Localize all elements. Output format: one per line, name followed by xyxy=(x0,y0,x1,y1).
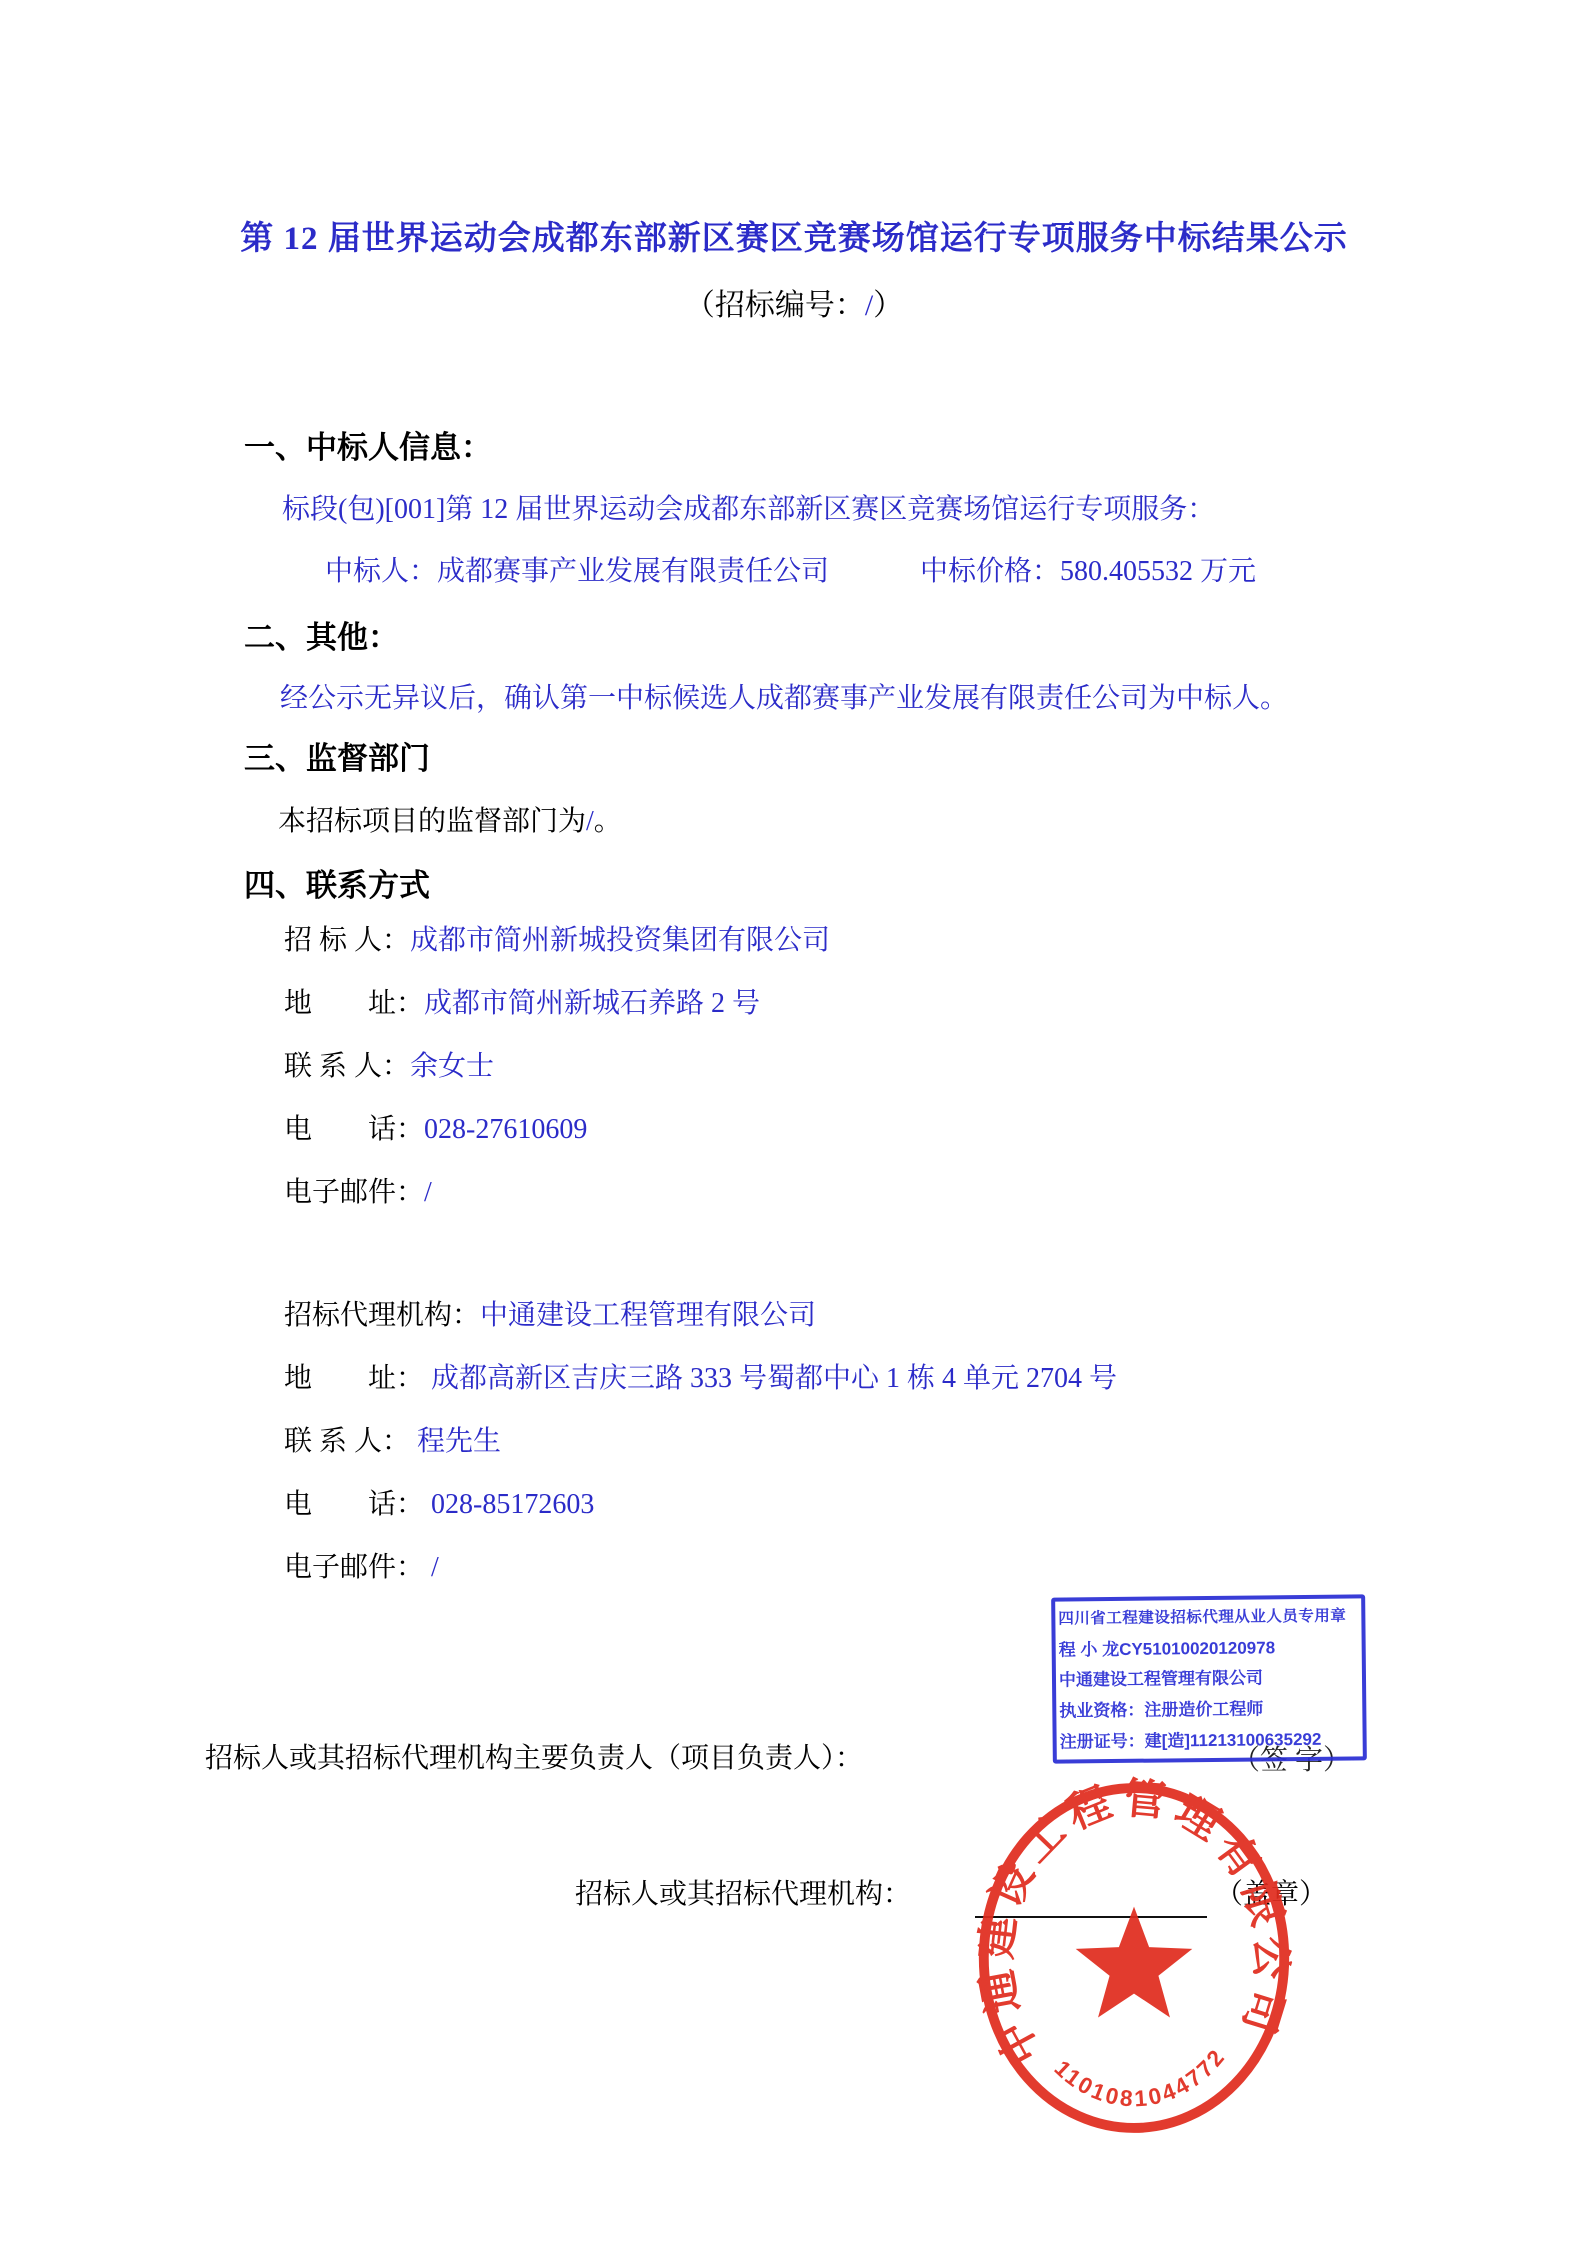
supervision-suffix: 。 xyxy=(594,806,622,837)
tenderer-row-name: 招 标 人：成都市简州新城投资集团有限公司 xyxy=(284,918,830,958)
section4-heading: 四、联系方式 xyxy=(244,860,430,905)
tenderer-email-label: 电子邮件： xyxy=(284,1177,424,1208)
tenderer-row-contact: 联 系 人：余女士 xyxy=(284,1044,494,1084)
agency-contact-value: 程先生 xyxy=(410,1426,501,1457)
supervision-prefix: 本招标项目的监督部门为 xyxy=(278,806,586,837)
bid-result-announcement-page: 第 12 届世界运动会成都东部新区赛区竞赛场馆运行专项服务中标结果公示 （招标编… xyxy=(0,0,1588,2244)
page-title: 第 12 届世界运动会成都东部新区赛区竞赛场馆运行专项服务中标结果公示 xyxy=(0,212,1588,259)
section3-body: 本招标项目的监督部门为/。 xyxy=(278,799,622,839)
section1-lot-line: 标段(包)[001]第 12 届世界运动会成都东部新区赛区竞赛场馆运行专项服务： xyxy=(282,487,1215,527)
winner-value: 成都赛事产业发展有限责任公司 xyxy=(437,556,829,587)
tenderer-contact-label: 联 系 人： xyxy=(284,1051,410,1082)
agency-name-label: 招标代理机构： xyxy=(284,1300,480,1331)
bid-number-suffix: ） xyxy=(873,289,903,322)
agency-row-email: 电子邮件： / xyxy=(284,1545,439,1585)
company-seal-stamp: 中通建设工程管理有限公司 1101081044772 xyxy=(966,1770,1302,2146)
tenderer-phone-value: 028-27610609 xyxy=(424,1114,587,1145)
tenderer-contact-value: 余女士 xyxy=(410,1051,494,1082)
tenderer-name-label: 招 标 人： xyxy=(284,925,410,956)
agency-phone-value: 028-85172603 xyxy=(424,1489,594,1520)
agency-row-phone: 电 话： 028-85172603 xyxy=(284,1482,594,1522)
agency-row-address: 地 址： 成都高新区吉庆三路 333 号蜀都中心 1 栋 4 单元 2704 号 xyxy=(284,1356,1117,1396)
supervision-value: / xyxy=(586,806,594,837)
seal-number-text: 1101081044772 xyxy=(1050,2045,1229,2112)
bid-number-prefix: （招标编号： xyxy=(685,289,865,322)
price-label: 中标价格： xyxy=(920,556,1060,587)
tenderer-row-email: 电子邮件：/ xyxy=(284,1170,432,1210)
agency-row-contact: 联 系 人： 程先生 xyxy=(284,1419,501,1459)
agency-phone-label: 电 话： xyxy=(284,1489,424,1520)
winner-label: 中标人： xyxy=(325,556,437,587)
tenderer-address-label: 地 址： xyxy=(284,988,424,1019)
tenderer-address-value: 成都市简州新城石养路 2 号 xyxy=(424,988,760,1019)
seal-star-icon xyxy=(1076,1907,1193,2018)
section1-heading: 一、中标人信息： xyxy=(244,422,492,467)
stamp-line-qualification: 执业资格：注册造价工程师 xyxy=(1059,1694,1359,1726)
price-value: 580.405532 万元 xyxy=(1060,556,1256,587)
section1-winner-line: 中标人：成都赛事产业发展有限责任公司 xyxy=(325,549,829,589)
bid-number-value: / xyxy=(865,289,873,322)
stamp-line-company: 中通建设工程管理有限公司 xyxy=(1059,1663,1359,1695)
bid-number-line: （招标编号：/） xyxy=(0,280,1588,324)
agency-address-label: 地 址： xyxy=(284,1363,424,1394)
svg-text:1101081044772: 1101081044772 xyxy=(1050,2045,1229,2112)
agency-email-value: / xyxy=(424,1552,439,1583)
section2-heading: 二、其他： xyxy=(244,612,399,657)
tenderer-email-value: / xyxy=(424,1177,432,1208)
stamp-line-certno: 注册证号：建[造]11213100635292 xyxy=(1060,1725,1360,1757)
agency-row-name: 招标代理机构：中通建设工程管理有限公司 xyxy=(284,1293,816,1333)
section2-body: 经公示无异议后，确认第一中标候选人成都赛事产业发展有限责任公司为中标人。 xyxy=(280,676,1288,716)
section1-price-line: 中标价格：580.405532 万元 xyxy=(920,549,1256,589)
tenderer-name-value: 成都市简州新城投资集团有限公司 xyxy=(410,925,830,956)
tenderer-row-address: 地 址：成都市简州新城石养路 2 号 xyxy=(284,981,760,1021)
org-seal-line: 招标人或其招标代理机构： xyxy=(575,1872,911,1912)
agency-address-value: 成都高新区吉庆三路 333 号蜀都中心 1 栋 4 单元 2704 号 xyxy=(424,1363,1117,1394)
agent-qualification-stamp: 四川省工程建设招标代理从业人员专用章 程 小 龙CY51010020120978… xyxy=(1051,1594,1367,1763)
tenderer-row-phone: 电 话：028-27610609 xyxy=(284,1107,587,1147)
agency-email-label: 电子邮件： xyxy=(284,1552,424,1583)
agency-contact-label: 联 系 人： xyxy=(284,1426,410,1457)
stamp-line-title: 四川省工程建设招标代理从业人员专用章 xyxy=(1058,1601,1358,1633)
section3-heading: 三、监督部门 xyxy=(244,733,430,778)
tenderer-phone-label: 电 话： xyxy=(284,1114,424,1145)
principal-signature-line: 招标人或其招标代理机构主要负责人（项目负责人）： xyxy=(205,1736,863,1776)
stamp-line-person: 程 小 龙CY51010020120978 xyxy=(1059,1632,1359,1664)
agency-name-value: 中通建设工程管理有限公司 xyxy=(480,1300,816,1331)
